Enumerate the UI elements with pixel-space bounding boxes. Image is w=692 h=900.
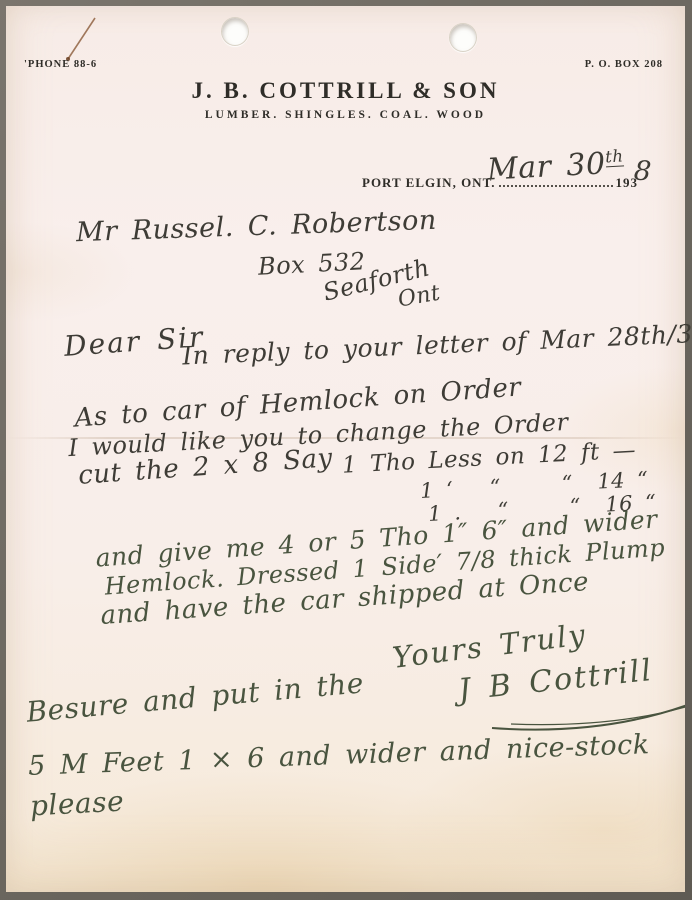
staple-rust-mark (68, 18, 95, 59)
scanned-letter: 'PHONE 88-6 P. O. BOX 208 J. B. COTTRILL… (0, 0, 692, 900)
letterhead-company-name: J. B. COTTRILL & SON (6, 78, 685, 104)
signature-flourish-inner (511, 706, 685, 725)
dateline-city: PORT ELGIN, ONT. (362, 175, 496, 191)
handwritten-date-suffix: th (605, 146, 624, 167)
signature-flourish (492, 704, 685, 730)
letterhead-pobox: P. O. BOX 208 (585, 59, 663, 70)
letterhead-tagline: LUMBER. SHINGLES. COAL. WOOD (6, 109, 685, 121)
letter-paper: 'PHONE 88-6 P. O. BOX 208 J. B. COTTRILL… (6, 6, 685, 892)
handwritten-date: Mar 30th (486, 148, 624, 185)
handwritten-year-digit: 8 (633, 157, 653, 185)
handwritten-date-main: Mar 30 (486, 146, 606, 187)
postscript-line-3: please (29, 788, 124, 821)
letterhead-phone: 'PHONE 88-6 (24, 59, 97, 70)
